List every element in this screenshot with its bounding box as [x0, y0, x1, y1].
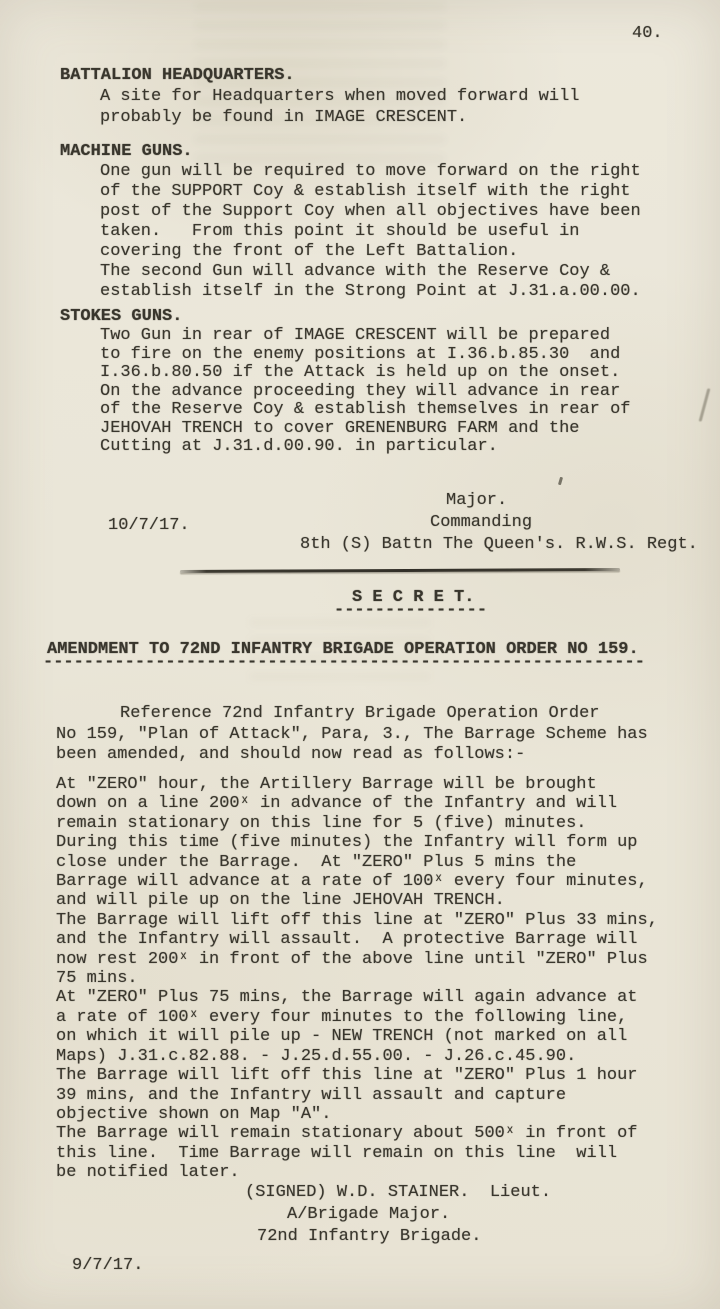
amendment-title-underline: ----------------------------------------…: [43, 653, 645, 673]
signature-date: 10/7/17.: [108, 516, 190, 536]
scanned-document-page: 40. BATTALION HEADQUARTERS. A site for H…: [0, 0, 720, 1309]
classification-underline: ---------------: [334, 601, 487, 621]
amendment-body-paragraph: At "ZERO" hour, the Artillery Barrage wi…: [56, 775, 658, 1183]
page-number: 40.: [632, 24, 663, 44]
signature-divider-line: [180, 568, 620, 573]
section-body-machine-guns: One gun will be required to move forward…: [100, 162, 641, 302]
amendment-intro-paragraph: Reference 72nd Infantry Brigade Operatio…: [56, 704, 648, 766]
section-heading-battalion-headquarters: BATTALION HEADQUARTERS.: [60, 66, 295, 86]
amendment-signed-role: A/Brigade Major.: [287, 1205, 450, 1225]
amendment-date: 9/7/17.: [72, 1256, 143, 1276]
amendment-signed-unit: 72nd Infantry Brigade.: [257, 1227, 481, 1247]
signature-unit: 8th (S) Battn The Queen's. R.W.S. Regt.: [300, 535, 698, 555]
section-body-battalion-headquarters: A site for Headquarters when moved forwa…: [100, 87, 579, 128]
signature-role: Commanding: [430, 513, 532, 533]
section-heading-machine-guns: MACHINE GUNS.: [60, 142, 193, 162]
amendment-signed-line: (SIGNED) W.D. STAINER. Lieut.: [245, 1183, 551, 1203]
section-heading-stokes-guns: STOKES GUNS.: [60, 307, 182, 327]
stray-pen-mark: [699, 388, 711, 421]
section-body-stokes-guns: Two Gun in rear of IMAGE CRESCENT will b…: [100, 327, 631, 457]
ink-speck: [558, 477, 563, 486]
signature-rank: Major.: [446, 491, 507, 511]
